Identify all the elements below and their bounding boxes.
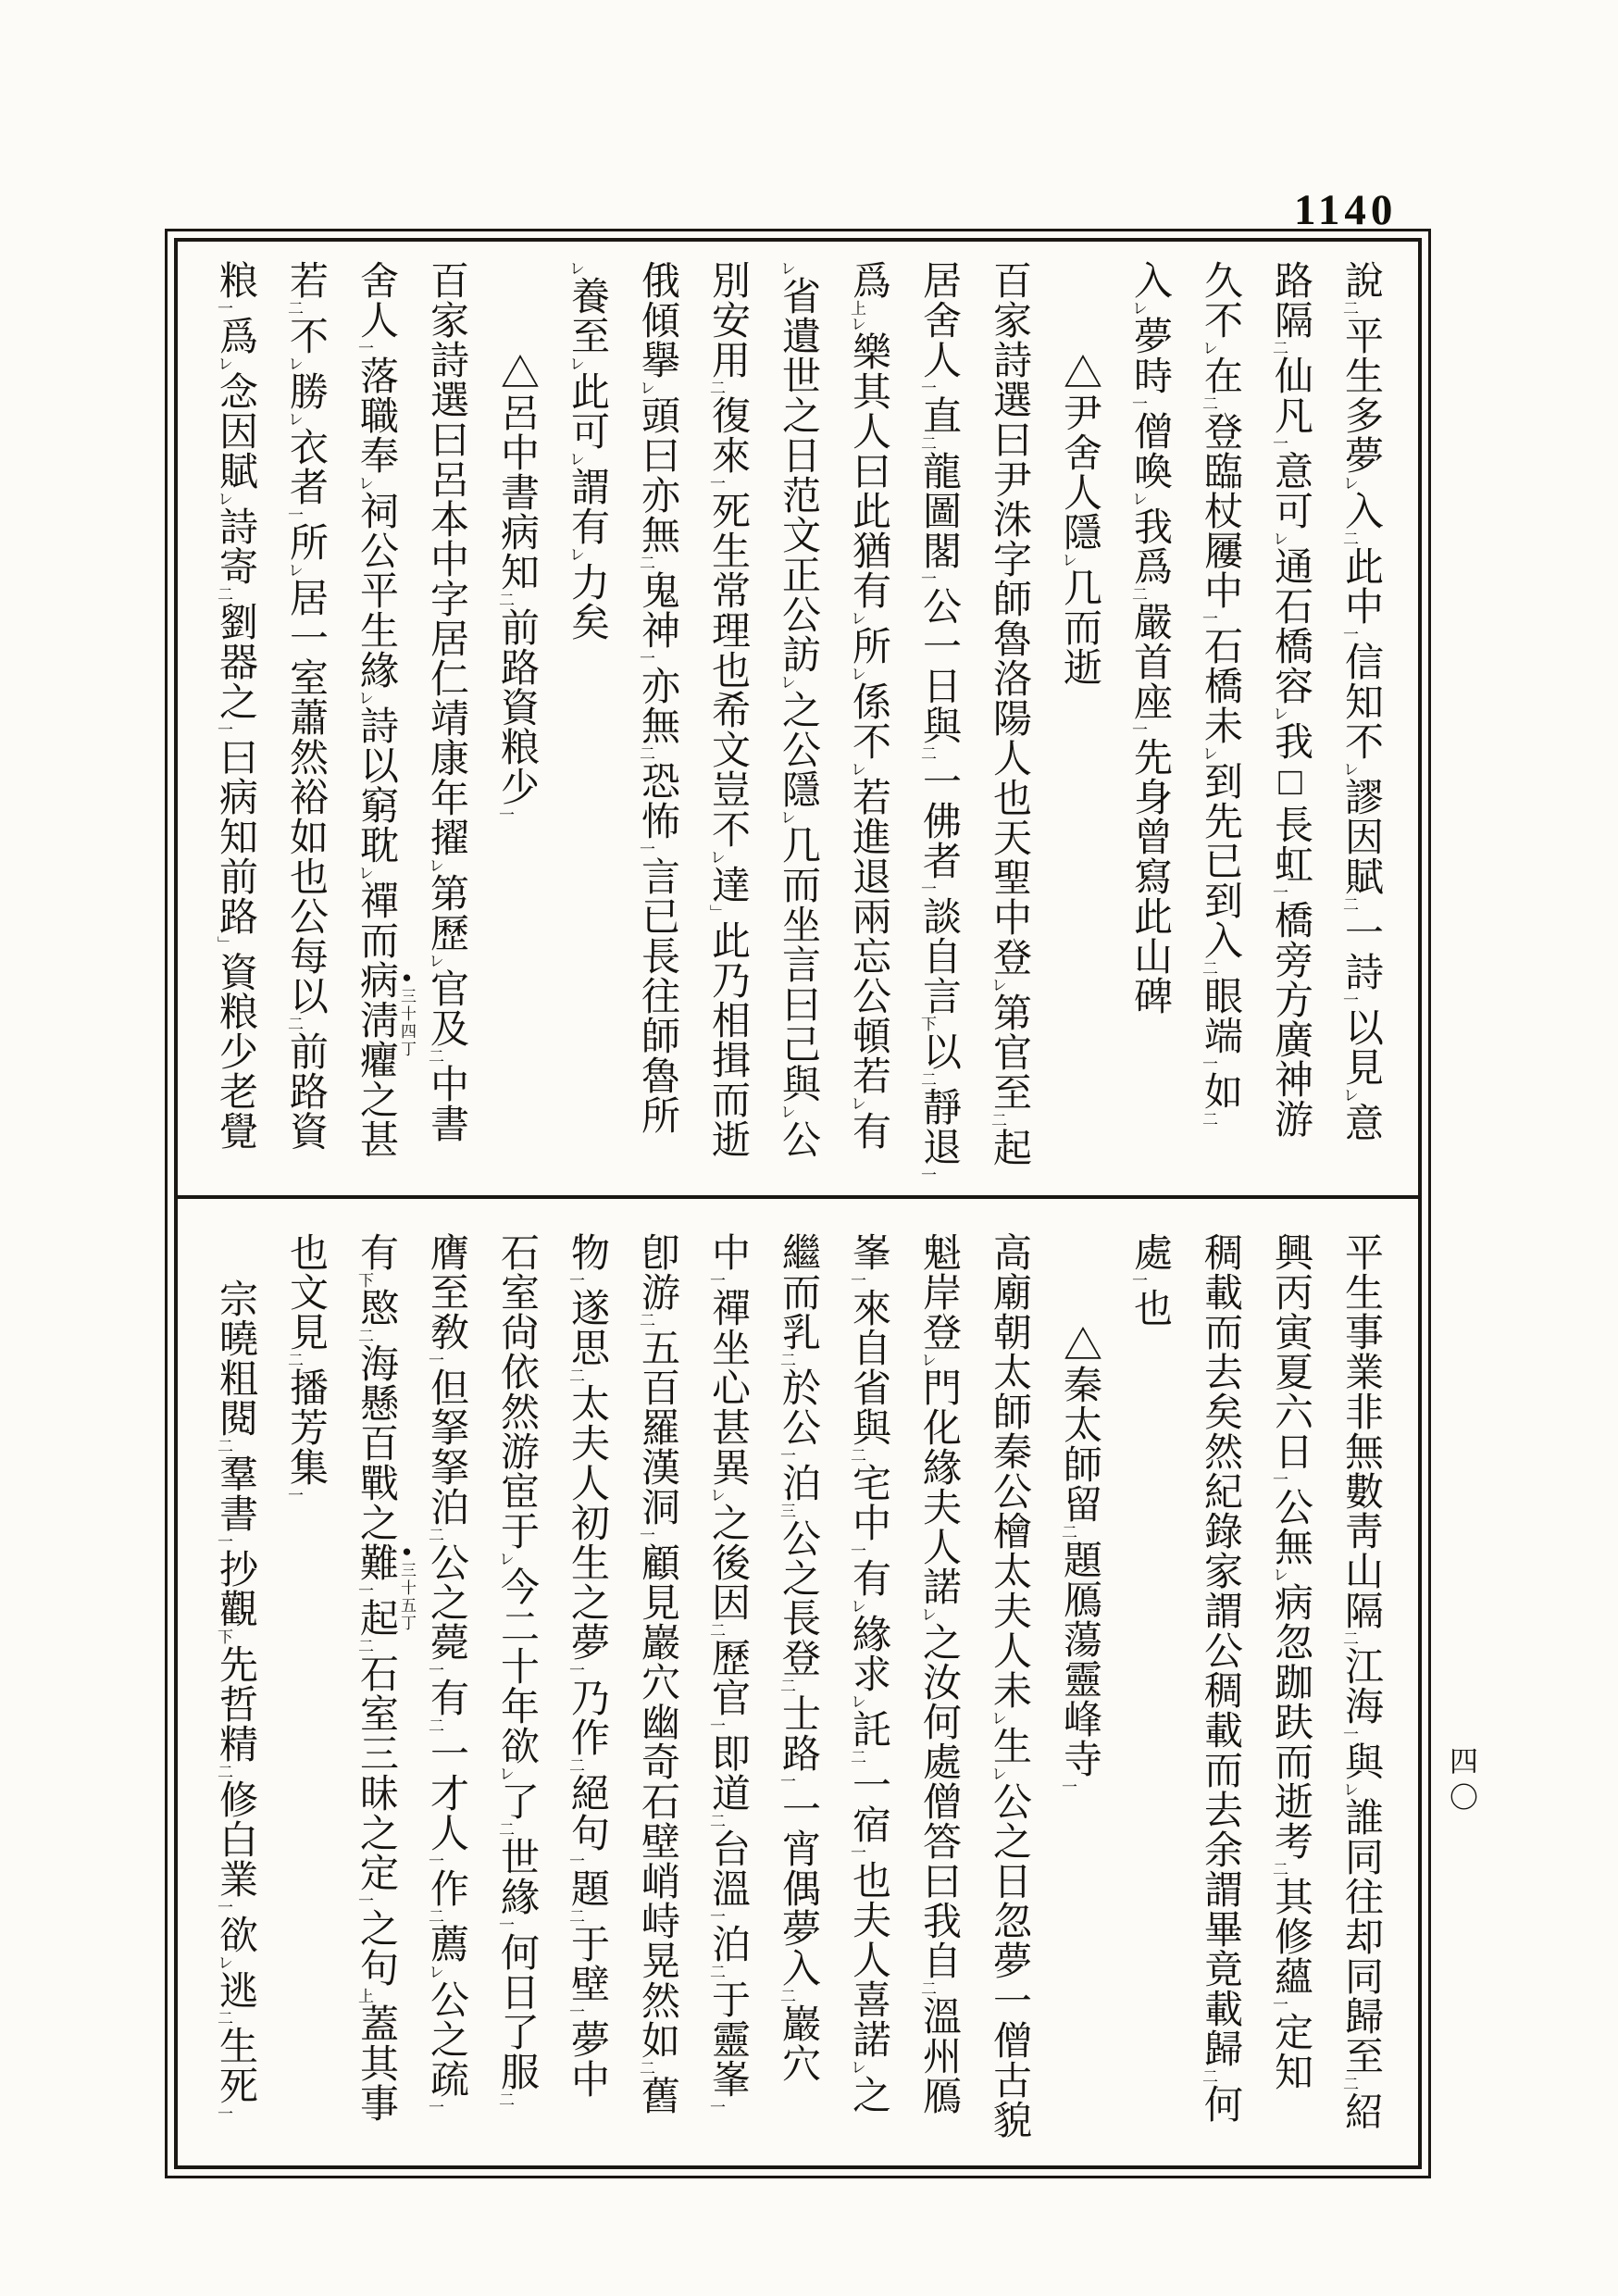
kaeriten-mark: 一 — [1103, 395, 1173, 411]
column-text: 恐怖 — [636, 761, 678, 841]
column-text: 與 — [1339, 1741, 1382, 1781]
column-text: 百家詩選曰尹洙字師魯洛陽人也天聖中登 — [988, 260, 1030, 977]
kaeriten-mark: レ — [1174, 745, 1243, 761]
kaeriten-mark: 二 — [892, 435, 962, 451]
column-text: 江海 — [1339, 1646, 1382, 1726]
kaeriten-mark: レ — [963, 1710, 1032, 1726]
column-text: 曰病知前路 — [214, 737, 256, 936]
column-text: 若進退兩忘公頓若 — [847, 777, 890, 1095]
text-column: 興丙寅夏六日一公無レ病忽跏趺而逝考二其修蘊一定知 — [1255, 1232, 1326, 2164]
column-text: 意 — [1339, 1103, 1382, 1142]
column-text: 几而逝 — [1058, 568, 1101, 687]
outer-border: 說二平生多夢レ入二此中一信知不レ謬因賦二一詩一以見レ意路隔二仙凡一意可レ通石橋容… — [165, 229, 1431, 2178]
column-text: 死生常理也希文豈不 — [706, 491, 749, 849]
kaeriten-mark: 一 — [189, 2105, 258, 2121]
column-text: 宅中 — [847, 1463, 890, 1542]
column-text: 即道 — [706, 1733, 749, 1813]
kaeriten-mark: レ — [189, 356, 258, 371]
kaeriten-mark: 一 — [681, 1272, 751, 1288]
column-text: 几而坐言曰己與 — [777, 825, 819, 1104]
kaeriten-mark: レ — [541, 356, 610, 371]
kaeriten-mark: 二 — [189, 1438, 258, 1454]
kaeriten-mark: 二 — [541, 1757, 610, 1773]
column-text: 愍 — [355, 1288, 397, 1328]
kaeriten-mark: 二 — [611, 555, 680, 570]
kaeriten-mark: レ — [330, 865, 399, 880]
column-text: 龍圖閣 — [917, 451, 960, 570]
kaeriten-mark: レ — [1103, 300, 1173, 316]
kaeriten-mark: 一 — [681, 1717, 751, 1733]
kaeriten-mark: レ — [541, 546, 610, 562]
column-text: 養至 — [566, 276, 608, 356]
kaeriten-mark: 二 — [963, 1112, 1032, 1128]
kaeriten-mark: 一 — [892, 880, 962, 896]
text-column: 卽游二五百羅漢洞一顧見巖穴幽奇石壁峭峙晃然如二舊 — [622, 1232, 692, 2164]
column-text: 高廟朝太師秦公檜太夫人未 — [988, 1232, 1030, 1710]
column-text: 公之長登 — [777, 1518, 819, 1678]
column-text: 平生多夢 — [1339, 316, 1382, 475]
text-column: 峯一來自省與二宅中一有レ緣求レ託二一宿一也夫人喜諾レ之 — [833, 1232, 903, 2164]
kaeriten-mark: 二 — [259, 1352, 329, 1367]
kaeriten-mark: 一 — [822, 1542, 891, 1558]
column-text: 落職奉 — [355, 356, 397, 475]
kaeriten-mark: 二 — [752, 1988, 821, 2003]
kaeriten-mark: 一 — [1314, 626, 1384, 642]
column-text: 眼端 — [1199, 976, 1241, 1055]
text-column: 居舍人一直二龍圖閣一公一日與二一佛者一談自言下以二靜退一 — [903, 260, 974, 1195]
text-column: 物一遂思二太夫人初生之夢一乃作二絕句一題二于壁一夢中 — [552, 1232, 622, 2164]
kaeriten-mark: 二 — [189, 1764, 258, 1779]
kaeriten-mark: 二 — [400, 1908, 469, 1924]
kaeriten-mark: 二 — [1314, 896, 1384, 912]
kaeriten-mark: 二 — [1033, 1524, 1102, 1540]
kaeriten-mark: レ — [822, 666, 891, 681]
column-text: 嚴首座 — [1128, 602, 1171, 721]
kaeriten-mark: 一 — [541, 1662, 610, 1678]
column-text: 在 — [1199, 356, 1241, 395]
column-text: 謂有 — [566, 467, 608, 546]
column-text: 亦無 — [636, 666, 678, 745]
text-column: 高廟朝太師秦公檜太夫人未レ生レ公之日忽夢一僧古貌 — [974, 1232, 1044, 2164]
column-text: 百家詩選曰呂本中字居仁靖康年擢 — [425, 260, 467, 857]
text-column: 百家詩選曰呂本中字居仁靖康年擢レ第歷レ●三十四丁官及二中書 — [411, 260, 481, 1195]
kaeriten-mark: 二 — [1314, 530, 1384, 546]
kaeriten-mark: 二 — [470, 592, 540, 607]
kaeriten-mark: 一 — [681, 475, 751, 491]
column-text: 言已長往師魯所 — [636, 856, 678, 1135]
column-text: 顧見巖穴幽奇石壁峭峙晃然如 — [636, 1542, 678, 2060]
column-text: 舊 — [636, 2076, 678, 2115]
column-text: 禪坐心甚異 — [706, 1288, 749, 1487]
kaeriten-mark: 一 — [1174, 610, 1243, 626]
kaeriten-mark: レ — [611, 380, 680, 395]
kaeriten-mark: レ — [1103, 491, 1173, 506]
kaeriten-mark: 一 — [1244, 1471, 1313, 1487]
column-text: 所 — [284, 522, 327, 562]
kaeriten-mark: 一 — [470, 1916, 540, 1932]
column-text: 如 — [1199, 1071, 1241, 1111]
kaeriten-mark: レ — [892, 1606, 962, 1622]
kaeriten-mark: 二 — [1174, 395, 1243, 411]
column-text: 魁岸登 — [917, 1232, 960, 1352]
kaeriten-mark: 二 — [681, 1622, 751, 1638]
column-text: 祠公平生緣 — [355, 491, 397, 690]
column-text: 信知不 — [1339, 642, 1382, 761]
kaeriten-mark: レ — [259, 411, 329, 427]
column-text: 欲 — [214, 1915, 256, 1954]
column-text: 繼而乳 — [777, 1232, 819, 1352]
kaeriten-mark: レ — [1033, 552, 1102, 568]
column-text: 此乃相揖而逝 — [706, 920, 749, 1159]
column-text: 抄觀 — [214, 1549, 256, 1628]
column-text: 復來 — [706, 395, 749, 475]
column-text: 石室尙依然游宦于 — [495, 1232, 538, 1551]
column-text: 不 — [284, 316, 327, 356]
kaeriten-mark: 一 — [1174, 1055, 1243, 1071]
kaeriten-mark: レ — [892, 1352, 962, 1367]
kaeriten-mark: 」 — [189, 936, 258, 952]
column-text: 遂思 — [566, 1288, 608, 1367]
kaeriten-mark: レ — [1244, 1566, 1313, 1582]
column-text: 一詩 — [1339, 912, 1382, 992]
column-text: 但拏拏泊 — [425, 1367, 467, 1527]
column-text: 石室三昧之定 — [355, 1653, 397, 1892]
column-text: 蓋其事 — [355, 2003, 397, 2123]
column-text: 靜退 — [917, 1087, 960, 1167]
column-text: 來自省與 — [847, 1288, 890, 1447]
kaeriten-mark: 一 — [611, 841, 680, 856]
kaeriten-mark: レ — [752, 809, 821, 825]
kaeriten-mark: 上 — [330, 1988, 399, 2003]
column-text: 係不 — [847, 681, 890, 761]
column-text: 我□長虹 — [1269, 721, 1312, 884]
column-text: 起 — [988, 1128, 1030, 1167]
column-text: 夢時 — [1128, 316, 1171, 395]
column-text: 也文見 — [284, 1232, 327, 1352]
column-text: 所 — [847, 626, 890, 666]
column-text: 省遺世之日范文正公訪 — [777, 276, 819, 674]
page-number: 1140 — [1294, 185, 1397, 235]
kaeriten-mark: 一 — [541, 1272, 610, 1288]
column-text: 泊 — [706, 1924, 749, 1964]
column-text: 衣者 — [284, 427, 327, 506]
text-column: 也文見二播芳集一 — [270, 1232, 341, 2164]
kaeriten-mark: レ — [1244, 705, 1313, 721]
kaeriten-mark: 二 — [681, 1813, 751, 1828]
column-text: 直 — [917, 395, 960, 435]
kaeriten-mark: 一 — [330, 1892, 399, 1908]
text-column: 稠載而去矣然紀錄家謂公稠載而去余謂畢竟載歸二何 — [1185, 1232, 1255, 2164]
column-text: 有 — [847, 1111, 890, 1151]
column-text: 有 — [425, 1678, 467, 1717]
column-text: 何日了服 — [495, 1932, 538, 2091]
kaeriten-mark: 一 — [470, 806, 540, 822]
column-text: 於公 — [777, 1367, 819, 1447]
column-text: 俄傾擧 — [636, 260, 678, 380]
kaeriten-mark: レ — [681, 849, 751, 865]
kaeriten-mark: 二 — [189, 586, 258, 602]
kaeriten-mark: 二 — [752, 1352, 821, 1367]
kaeriten-mark: 二 — [1314, 1630, 1384, 1646]
kaeriten-mark: 一 — [1244, 1996, 1313, 2012]
kaeriten-mark: 二 — [892, 1980, 962, 1996]
kaeriten-mark: 下 — [330, 1272, 399, 1288]
kaeriten-mark: レ — [189, 1954, 258, 1970]
column-text: 作 — [425, 1868, 467, 1908]
column-text: 巖穴 — [777, 2003, 819, 2083]
kaeriten-mark: 一 — [1314, 1726, 1384, 1741]
column-text: 詩寄 — [214, 506, 256, 586]
column-text: 生死 — [214, 2026, 256, 2105]
kaeriten-mark: 一 — [1244, 435, 1313, 451]
kaeriten-mark: 二 — [470, 2091, 540, 2107]
kaeriten-mark: 一 — [189, 1533, 258, 1549]
text-column: △呂中書病知二前路資粮少一 — [481, 260, 552, 1195]
kaeriten-mark: レ — [259, 356, 329, 371]
kaeriten-mark: 二 — [611, 745, 680, 761]
kaeriten-mark: 一 — [611, 650, 680, 666]
column-text: 宗曉粗閱 — [214, 1279, 256, 1438]
column-text: 中 — [706, 1232, 749, 1272]
kaeriten-mark: 二 — [400, 1717, 469, 1733]
text-column: レ省遺世之日范文正公訪レ之公隱レ几而坐言曰己與レ公 — [763, 260, 833, 1195]
kaeriten-mark: レ — [822, 1095, 891, 1111]
kaeriten-mark: 二 — [822, 1749, 891, 1765]
column-text: 何 — [1199, 2084, 1241, 2124]
column-text: 前路資 — [284, 1031, 327, 1151]
column-text: 若 — [284, 260, 327, 300]
kaeriten-mark: 一 — [400, 1853, 469, 1868]
kaeriten-mark: レ — [752, 1104, 821, 1119]
kaeriten-mark: 二 — [1174, 1111, 1243, 1127]
column-text: 于壁 — [566, 1924, 608, 2003]
column-text: 爲 — [214, 316, 256, 356]
column-text: 有 — [355, 1232, 397, 1272]
kaeriten-mark: 三 — [752, 1503, 821, 1518]
column-text: 第歷 — [425, 873, 467, 953]
column-text: 我爲 — [1128, 506, 1171, 586]
column-text: 以見 — [1339, 1007, 1382, 1087]
column-text: 一宿 — [847, 1765, 890, 1844]
kaeriten-mark: レ — [330, 475, 399, 491]
column-text: 中書 — [425, 1064, 467, 1143]
text-column: 處一也 — [1114, 1232, 1185, 2164]
column-text: 橋旁方廣神游 — [1269, 900, 1312, 1139]
column-text: 入 — [1128, 260, 1171, 300]
text-column: 百家詩選曰尹洙字師魯洛陽人也天聖中登レ第官至二起 — [974, 260, 1044, 1195]
column-text: 絕句 — [566, 1773, 608, 1853]
column-text: 一才人 — [425, 1733, 467, 1853]
kaeriten-mark: レ — [470, 1551, 540, 1566]
column-text: 生 — [988, 1726, 1030, 1766]
column-text: 溫州鴈 — [917, 1996, 960, 2115]
kaeriten-mark: 二 — [1244, 1861, 1313, 1877]
column-text: 先哲精 — [214, 1644, 256, 1764]
column-text: 通石橋容 — [1269, 546, 1312, 705]
kaeriten-mark: 二 — [611, 2060, 680, 2076]
column-text: 處 — [1128, 1232, 1171, 1272]
column-text: 逃 — [214, 1970, 256, 2010]
column-text: 緣求 — [847, 1614, 890, 1693]
kaeriten-mark: 二 — [681, 380, 751, 395]
column-text: △尹舍人隱 — [1058, 353, 1101, 552]
column-text: 播芳集 — [284, 1367, 327, 1487]
column-text: 以 — [917, 1031, 960, 1071]
kaeriten-mark: レ — [541, 260, 610, 276]
margin-folio-note: 四〇 — [1440, 1746, 1482, 1818]
column-text: 達 — [706, 865, 749, 905]
column-text: 意可 — [1269, 451, 1312, 530]
column-text: 鬼神 — [636, 570, 678, 650]
kaeriten-mark: レ — [400, 953, 469, 968]
column-text: 物 — [566, 1232, 608, 1272]
kaeriten-mark: レ — [681, 1487, 751, 1503]
kaeriten-mark: 一 — [892, 380, 962, 395]
kaeriten-mark: レ — [400, 857, 469, 873]
column-text: 泊 — [777, 1463, 819, 1503]
kaeriten-mark: レ — [1314, 761, 1384, 777]
column-text: 之 — [847, 2075, 890, 2115]
column-text: 太夫人初生之夢 — [566, 1383, 608, 1662]
kaeriten-mark: 一 — [259, 1487, 329, 1503]
column-text: 詩以窮耽 — [355, 705, 397, 865]
text-column: 魁岸登レ門化緣夫人諾レ之汝何處僧答曰我自二溫州鴈 — [903, 1232, 974, 2164]
column-text: 公一日與 — [917, 586, 960, 745]
column-text: 修白業 — [214, 1779, 256, 1899]
kaeriten-mark: レ — [1314, 1781, 1384, 1797]
kaeriten-mark: 一 — [1033, 1778, 1102, 1794]
kaeriten-mark: 一 — [400, 1352, 469, 1367]
column-text: 世緣 — [495, 1837, 538, 1916]
column-text: 之公隱 — [777, 690, 819, 809]
column-text: 了 — [495, 1781, 538, 1821]
text-column: 爲上レ樂其人曰此猶有レ所レ係不レ若進退兩忘公頓若レ有 — [833, 260, 903, 1195]
column-text: 路隔 — [1269, 260, 1312, 340]
column-text: 之後因 — [706, 1503, 749, 1622]
kaeriten-mark: レ — [752, 260, 821, 276]
column-text: 公之日忽夢一僧古貌 — [988, 1781, 1030, 2140]
kaeriten-mark: 一 — [400, 2099, 469, 2115]
column-text: 薦 — [425, 1924, 467, 1964]
kaeriten-mark: 二 — [1174, 960, 1243, 976]
kaeriten-mark: 二 — [541, 1367, 610, 1383]
kaeriten-mark: レ — [541, 451, 610, 467]
kaeriten-mark: レ — [1314, 475, 1384, 491]
kaeriten-mark: レ — [1314, 1087, 1384, 1103]
column-text: 說 — [1339, 260, 1382, 300]
kaeriten-mark: レ — [822, 761, 891, 777]
column-text: 歷官 — [706, 1638, 749, 1717]
column-text: 前路資粮少 — [495, 607, 538, 806]
kaeriten-mark: レ — [822, 1693, 891, 1709]
kaeriten-mark: 二 — [1174, 2068, 1243, 2084]
kaeriten-mark: 一 — [892, 1167, 962, 1182]
inner-border: 說二平生多夢レ入二此中一信知不レ謬因賦二一詩一以見レ意路隔二仙凡一意可レ通石橋容… — [174, 238, 1422, 2169]
bottom-half-text-block: 平生事業非無數靑山隔二江海一與レ誰同往却同歸至二紹興丙寅夏六日一公無レ病忽跏趺而… — [178, 1199, 1418, 2164]
kaeriten-mark: レ — [330, 690, 399, 705]
column-text: 謬因賦 — [1339, 777, 1382, 896]
kaeriten-mark: 一 — [822, 1844, 891, 1860]
text-column: 別安用二復來一死生常理也希文豈不レ達」此乃相揖而逝 — [692, 260, 763, 1195]
column-text: 興丙寅夏六日 — [1269, 1232, 1312, 1471]
kaeriten-mark: 二 — [752, 1678, 821, 1693]
kaeriten-mark: 二 — [1314, 2076, 1384, 2091]
column-text: 卽游 — [636, 1232, 678, 1312]
kaeriten-mark: 一 — [611, 1527, 680, 1542]
kaeriten-mark: 二 — [892, 745, 962, 761]
column-text: 爲 — [847, 260, 890, 300]
kaeriten-mark: 二 — [681, 1964, 751, 1979]
column-text: 公 — [777, 1119, 819, 1159]
kaeriten-mark: 一 — [330, 340, 399, 356]
kaeriten-mark: 一 — [189, 1899, 258, 1915]
kaeriten-mark: 一 — [752, 1447, 821, 1463]
text-column: 宗曉粗閱二羣書一抄觀下先哲精二修白業一欲レ逃二生死一 — [200, 1232, 270, 2164]
column-text: 其修蘊 — [1269, 1877, 1312, 1996]
kaeriten-mark: 二 — [400, 1527, 469, 1542]
text-column: 粮一爲レ念因賦レ詩寄二劉器之一曰病知前路」資粮少老覺 — [200, 260, 270, 1195]
column-text: 五百羅漢洞 — [636, 1328, 678, 1527]
kaeriten-mark: 二 — [611, 1312, 680, 1328]
column-text: 念因賦 — [214, 371, 256, 491]
kaeriten-mark: 一 — [1314, 992, 1384, 1007]
text-column: 若二不レ勝レ衣者一所レ居一室蕭然裕如也公每以二前路資 — [270, 260, 341, 1195]
kaeriten-mark: 一 — [752, 1773, 821, 1789]
column-text: 仙凡 — [1269, 356, 1312, 435]
book-page-scan: 1140 說二平生多夢レ入二此中一信知不レ謬因賦二一詩一以見レ意路隔二仙凡一意可… — [0, 0, 1618, 2296]
column-text: 談自言 — [917, 896, 960, 1016]
column-text: 也 — [1128, 1288, 1171, 1328]
column-text: 公之疏 — [425, 1979, 467, 2099]
kaeriten-mark: 二 — [259, 1016, 329, 1031]
column-text: 粮 — [214, 260, 256, 300]
column-text: 題鴈蕩靈峰寺 — [1058, 1540, 1101, 1778]
column-text: 公無 — [1269, 1487, 1312, 1566]
kaeriten-mark: 一 — [189, 300, 258, 316]
kaeriten-mark: 二 — [470, 1821, 540, 1837]
kaeriten-mark: レ — [822, 610, 891, 626]
column-text: 于靈峯 — [706, 1979, 749, 2099]
kaeriten-mark: 二 — [541, 1908, 610, 1924]
kaeriten-mark: レ — [963, 1766, 1032, 1781]
column-text: 之句 — [355, 1908, 397, 1988]
column-text: 誰同往却同歸至 — [1339, 1797, 1382, 2076]
top-half-text-block: 說二平生多夢レ入二此中一信知不レ謬因賦二一詩一以見レ意路隔二仙凡一意可レ通石橋容… — [178, 242, 1418, 1195]
kaeriten-mark: 」 — [681, 905, 751, 920]
column-text: 稠載而去矣然紀錄家謂公稠載而去余謂畢竟載歸 — [1199, 1232, 1241, 2068]
column-text: 士路 — [777, 1693, 819, 1773]
kaeriten-mark: 一 — [259, 506, 329, 522]
column-text: 資粮少老覺 — [214, 952, 256, 1151]
kaeriten-mark: 二 — [1244, 340, 1313, 356]
kaeriten-mark: 一 — [541, 2003, 610, 2019]
kaeriten-mark: レ — [400, 1964, 469, 1979]
column-text: 一佛者 — [917, 761, 960, 880]
column-text: 今二十年欲 — [495, 1566, 538, 1766]
column-text: 也夫人喜諾 — [847, 1860, 890, 2059]
kaeriten-mark: 下 — [892, 1016, 962, 1031]
kaeriten-mark: 二 — [189, 2010, 258, 2026]
text-column: 中一禪坐心甚異レ之後因二歷官一即道二台溫一泊二于靈峯一 — [692, 1232, 763, 2164]
kaeriten-mark: 二 — [1314, 300, 1384, 316]
kaeriten-mark: レ — [189, 491, 258, 506]
column-text: 有 — [847, 1558, 890, 1598]
text-column: レ養至レ此可レ謂有レ力矣 — [552, 260, 622, 1195]
text-column: 膺至敎一但拏拏泊二●三十五丁公之薨一有二一才人一作二薦レ公之疏一 — [411, 1232, 481, 2164]
text-column: 路隔二仙凡一意可レ通石橋容レ我□長虹一橋旁方廣神游 — [1255, 260, 1326, 1195]
column-text: 峯 — [847, 1232, 890, 1272]
column-text: 一宵偶夢入 — [777, 1789, 819, 1988]
